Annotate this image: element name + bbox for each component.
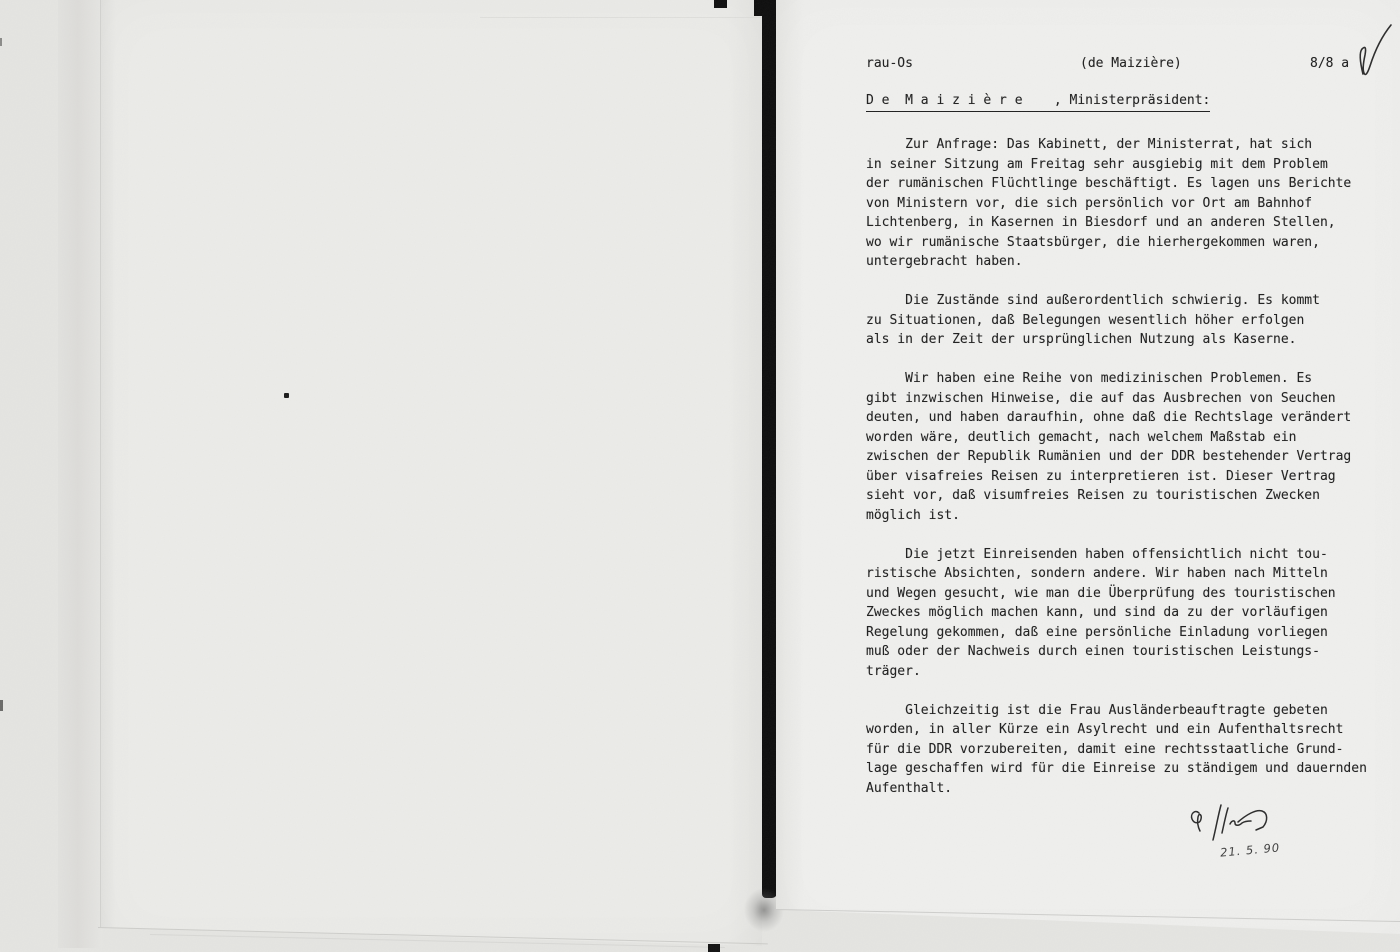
left-blank-page: [100, 0, 762, 946]
header-speaker: (de Maizière): [1080, 56, 1182, 71]
header-author-code: rau-Os: [866, 56, 913, 71]
paragraph-4: Die jetzt Einreisenden haben offensichtl…: [866, 545, 1378, 682]
left-page-edge-line: [100, 0, 101, 946]
header-page-number: 8/8 a: [1310, 56, 1349, 71]
ink-speck: [284, 393, 289, 398]
typewritten-page: rau-Os (de Maizière) 8/8 a D e M a i z i…: [776, 0, 1400, 934]
paragraph-1: Zur Anfrage: Das Kabinett, der Ministerr…: [866, 135, 1378, 272]
left-page-stack-shadow: [58, 0, 102, 948]
paragraph-3: Wir haben eine Reihe von medizinischen P…: [866, 369, 1378, 525]
paragraph-5: Gleichzeitig ist die Frau Ausländerbeauf…: [866, 701, 1378, 799]
speech-body: Zur Anfrage: Das Kabinett, der Ministerr…: [866, 135, 1378, 818]
scan-gutter-mark: [714, 0, 727, 8]
page-header: rau-Os (de Maizière) 8/8 a: [866, 56, 1386, 74]
paragraph-2: Die Zustände sind außerordentlich schwie…: [866, 291, 1378, 350]
speech-heading: D e M a i z i è r e , Ministerpräsident:: [866, 93, 1210, 112]
pen-checkmark-icon: [1350, 22, 1396, 82]
scanned-document-page: rau-Os (de Maizière) 8/8 a D e M a i z i…: [0, 0, 1400, 952]
scan-gutter-strip: [762, 0, 777, 898]
scan-edge-speck: [0, 38, 2, 46]
scan-edge-speck: [0, 700, 3, 711]
scan-bottom-mark: [708, 944, 720, 952]
